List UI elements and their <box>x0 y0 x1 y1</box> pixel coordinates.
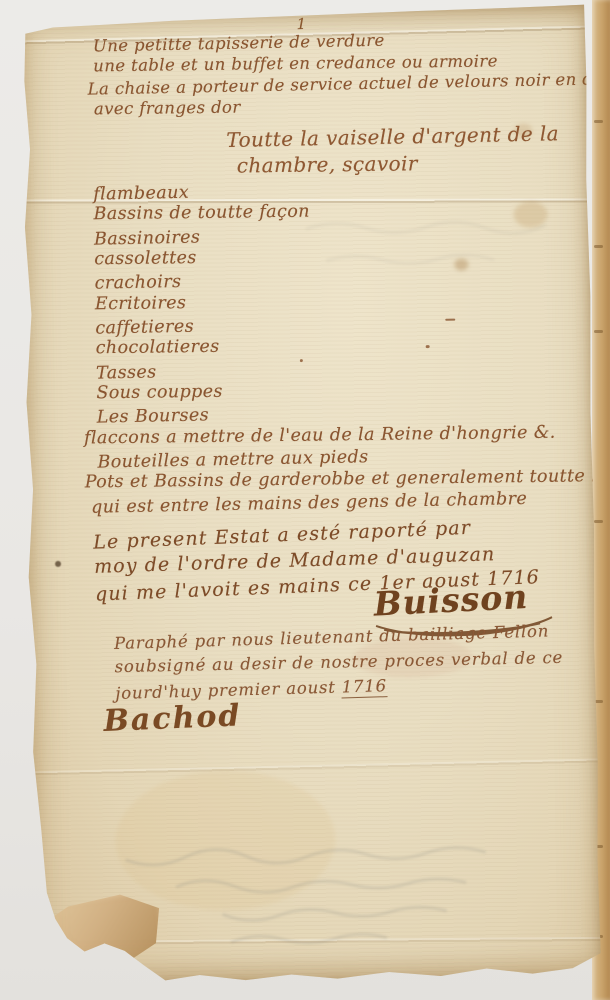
inventory-list: flambeaux Bassins de toutte façon Bassin… <box>93 173 610 518</box>
stitch-mark <box>594 520 603 523</box>
stitch-mark <box>594 330 603 333</box>
stitch-mark <box>594 120 603 123</box>
signature-bachod: Bachod <box>103 698 242 739</box>
fold-crease <box>20 758 610 776</box>
paraph-date-year: 1716 <box>341 676 387 698</box>
torn-corner <box>28 888 169 983</box>
paraph-note: Paraphé par nous lieutenant du bailliage… <box>114 619 564 705</box>
ink-spot <box>55 561 61 567</box>
manuscript-page: 1 Une petitte tapisserie de verdure une … <box>12 5 601 986</box>
scanned-manuscript: { "page": { "page_number": "1", "intro_l… <box>0 0 610 1000</box>
stitch-mark <box>594 245 603 248</box>
stain <box>114 769 336 912</box>
section-heading: Toutte la vaiselle d'argent de la chambr… <box>226 121 559 180</box>
intro-paragraph: Une petitte tapisserie de verdure une ta… <box>93 26 610 121</box>
